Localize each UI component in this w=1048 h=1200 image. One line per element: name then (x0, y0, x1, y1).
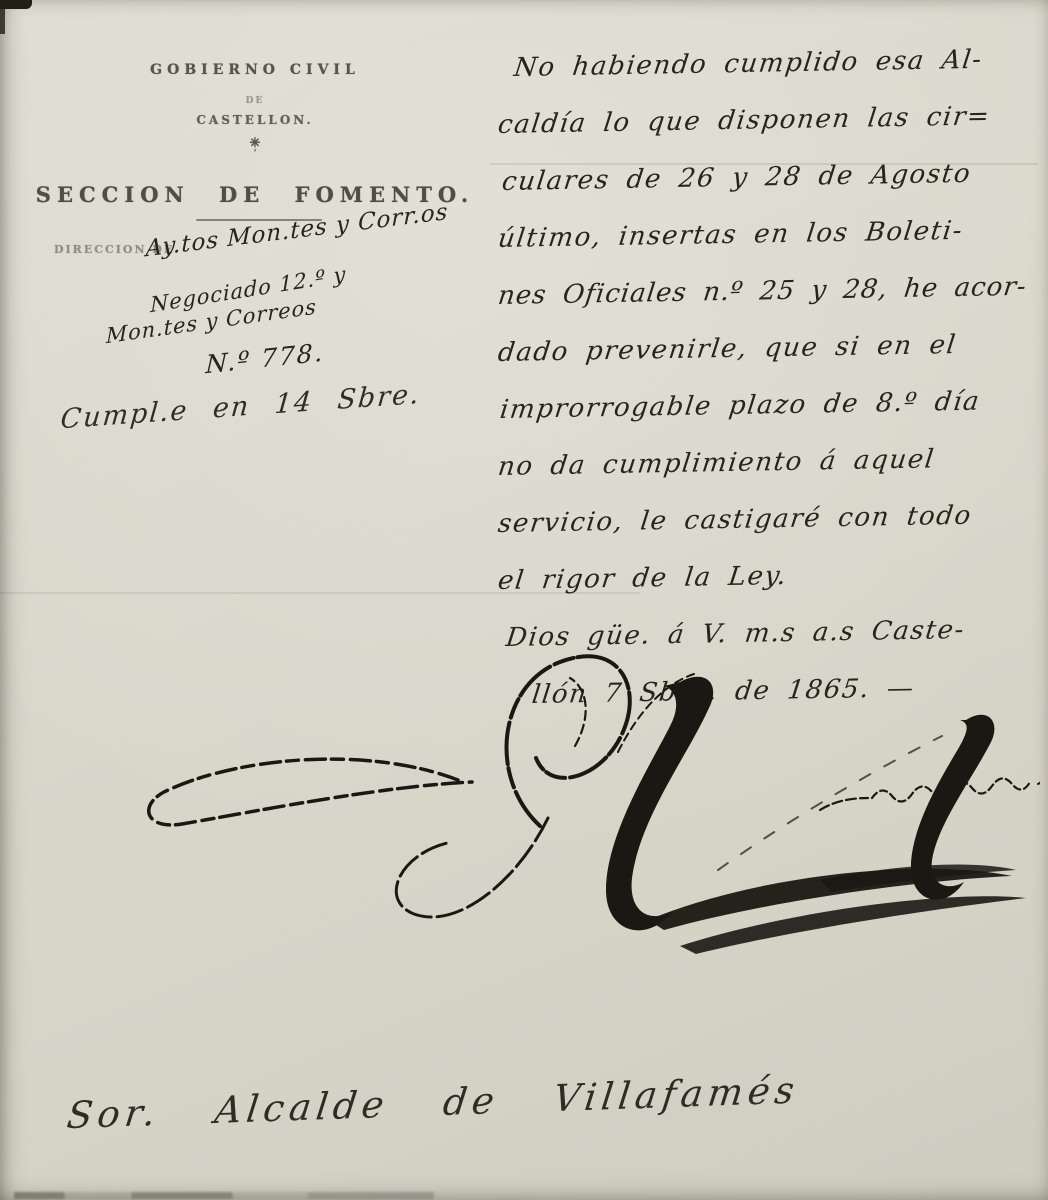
registry-annotation: Ay.tos Mon.tes y Corr.os (146, 199, 449, 262)
manuscript-line: último, insertas en los Boleti- (494, 201, 1048, 268)
manuscript-line: el rigor de la Ley. (494, 543, 1048, 610)
letterhead-government: GOBIERNO CIVIL (0, 62, 510, 78)
manuscript-line: dado prevenirle, que si en el (494, 315, 1048, 382)
manuscript-line: culares de 26 y 28 de Agosto (498, 144, 1048, 211)
manuscript-line: caldía lo que disponen las cir= (494, 87, 1048, 154)
signature-flourish (120, 628, 1040, 958)
addressee-line: Sor. Alcalde de Villafamés (65, 1068, 802, 1137)
letterhead-province: CASTELLON. (0, 113, 510, 127)
fleuron-ornament-icon: ✳ ʼ (0, 138, 510, 160)
margin-compliance-note: Cumpl.e en 14 Sbre. (59, 379, 422, 435)
scanned-letter-page: GOBIERNO CIVIL DE CASTELLON. ✳ ʼ SECCION… (0, 0, 1048, 1200)
manuscript-line: servicio, le castigaré con todo (494, 486, 1048, 553)
registry-number: N.º 778. (205, 337, 325, 379)
manuscript-line: improrrogable plazo de 8.º día (496, 372, 1048, 439)
letter-body: No habiendo cumplido esa Al- caldía lo q… (498, 40, 1048, 724)
fleuron-tail-glyph: ʼ (0, 149, 510, 160)
scan-edge-mark (0, 0, 5, 34)
manuscript-line: nes Oficiales n.º 25 y 28, he acor- (494, 258, 1048, 325)
scan-bottom-shadow (14, 1192, 434, 1199)
letterhead-de: DE (0, 96, 510, 106)
manuscript-line: no da cumplimiento á aquel (494, 429, 1048, 496)
manuscript-line: No habiendo cumplido esa Al- (510, 31, 1048, 97)
